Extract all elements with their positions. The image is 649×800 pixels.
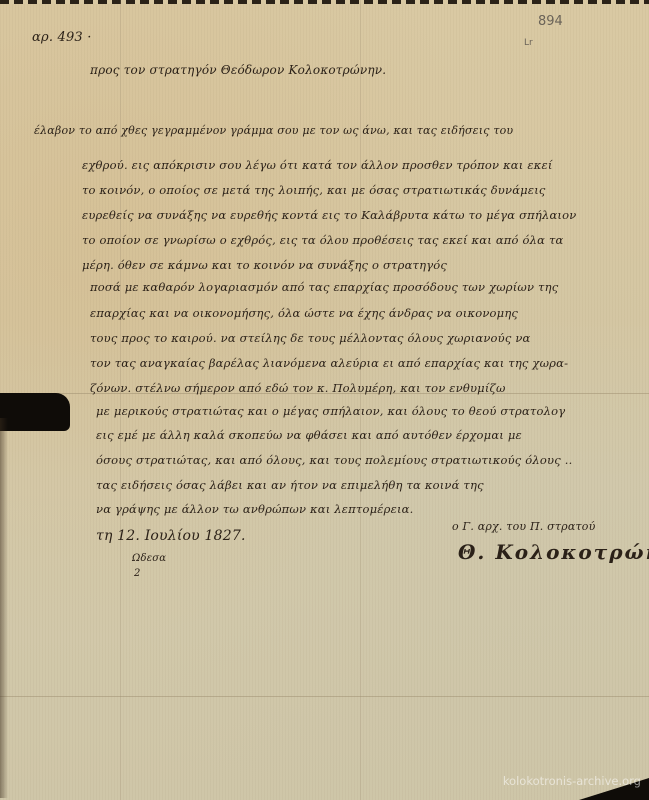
torn-top-edge xyxy=(0,0,649,4)
date-line: τη 12. Ιουλίου 1827. xyxy=(96,528,246,544)
addressee-heading: προς τον στρατηγόν Θεόδωρον Κολοκοτρώνην… xyxy=(90,63,386,77)
body-line: ποσά με καθαρόν λογαριασμόν από τας επαρ… xyxy=(90,280,558,294)
closing-line: ο Γ. αρχ. του Π. στρατού xyxy=(452,520,595,533)
torn-paper-damage xyxy=(0,393,70,431)
body-line: μέρη. όθεν σε κάμνω και το κοινόν να συν… xyxy=(82,258,447,272)
body-line: το κοινόν, ο οποίος σε μετά της λοιπής, … xyxy=(82,183,546,197)
signature: Θ. Κολοκοτρώνης xyxy=(458,540,649,564)
body-line: έλαβον το από χθες γεγραμμένον γράμμα σο… xyxy=(34,124,513,137)
watermark: kolokotronis-archive.org xyxy=(503,774,641,788)
body-line: με μερικούς στρατιώτας και ο μέγας σπήλα… xyxy=(96,404,565,418)
body-line: επαρχίας και να οικονομήσης, όλα ώστε να… xyxy=(90,306,518,320)
body-line: τον τας αναγκαίας βαρέλας λιανόμενα αλεύ… xyxy=(90,356,568,370)
body-line: τους προς το καιρού. να στείλης δε τους … xyxy=(90,331,530,345)
fold-line xyxy=(0,696,649,697)
note-below-date-2: 2 xyxy=(134,568,141,579)
manuscript-page xyxy=(0,0,649,800)
body-line: το οποίον σε γνωρίσω ο εχθρός, εις τα όλ… xyxy=(82,233,564,247)
note-below-date: Ωδεσα xyxy=(132,553,166,564)
body-line: ευρεθείς να συνάξης να ευρεθής κοντά εις… xyxy=(82,208,576,222)
body-line: εχθρού. εις απόκρισιν σου λέγω ότι κατά … xyxy=(82,158,553,172)
body-line: να γράψης με άλλον τω ανθρώπων και λεπτο… xyxy=(96,502,414,516)
edge-stain xyxy=(0,418,8,798)
vertical-fold xyxy=(360,0,361,800)
pencil-mark: Lr xyxy=(524,38,533,48)
vertical-fold xyxy=(120,0,121,800)
body-line: τας ειδήσεις όσας λάβει και αν ήτον να ε… xyxy=(96,478,484,492)
archive-number: 894 xyxy=(538,14,563,29)
body-line: ζόνων. στέλνω σήμερον από εδώ τον κ. Πολ… xyxy=(90,381,506,395)
body-line: εις εμέ με άλλη καλά σκοπεύω να φθάσει κ… xyxy=(96,428,522,442)
reference-number: αρ. 493 · xyxy=(32,30,92,45)
body-line: όσους στρατιώτας, και από όλους, και του… xyxy=(96,453,572,467)
